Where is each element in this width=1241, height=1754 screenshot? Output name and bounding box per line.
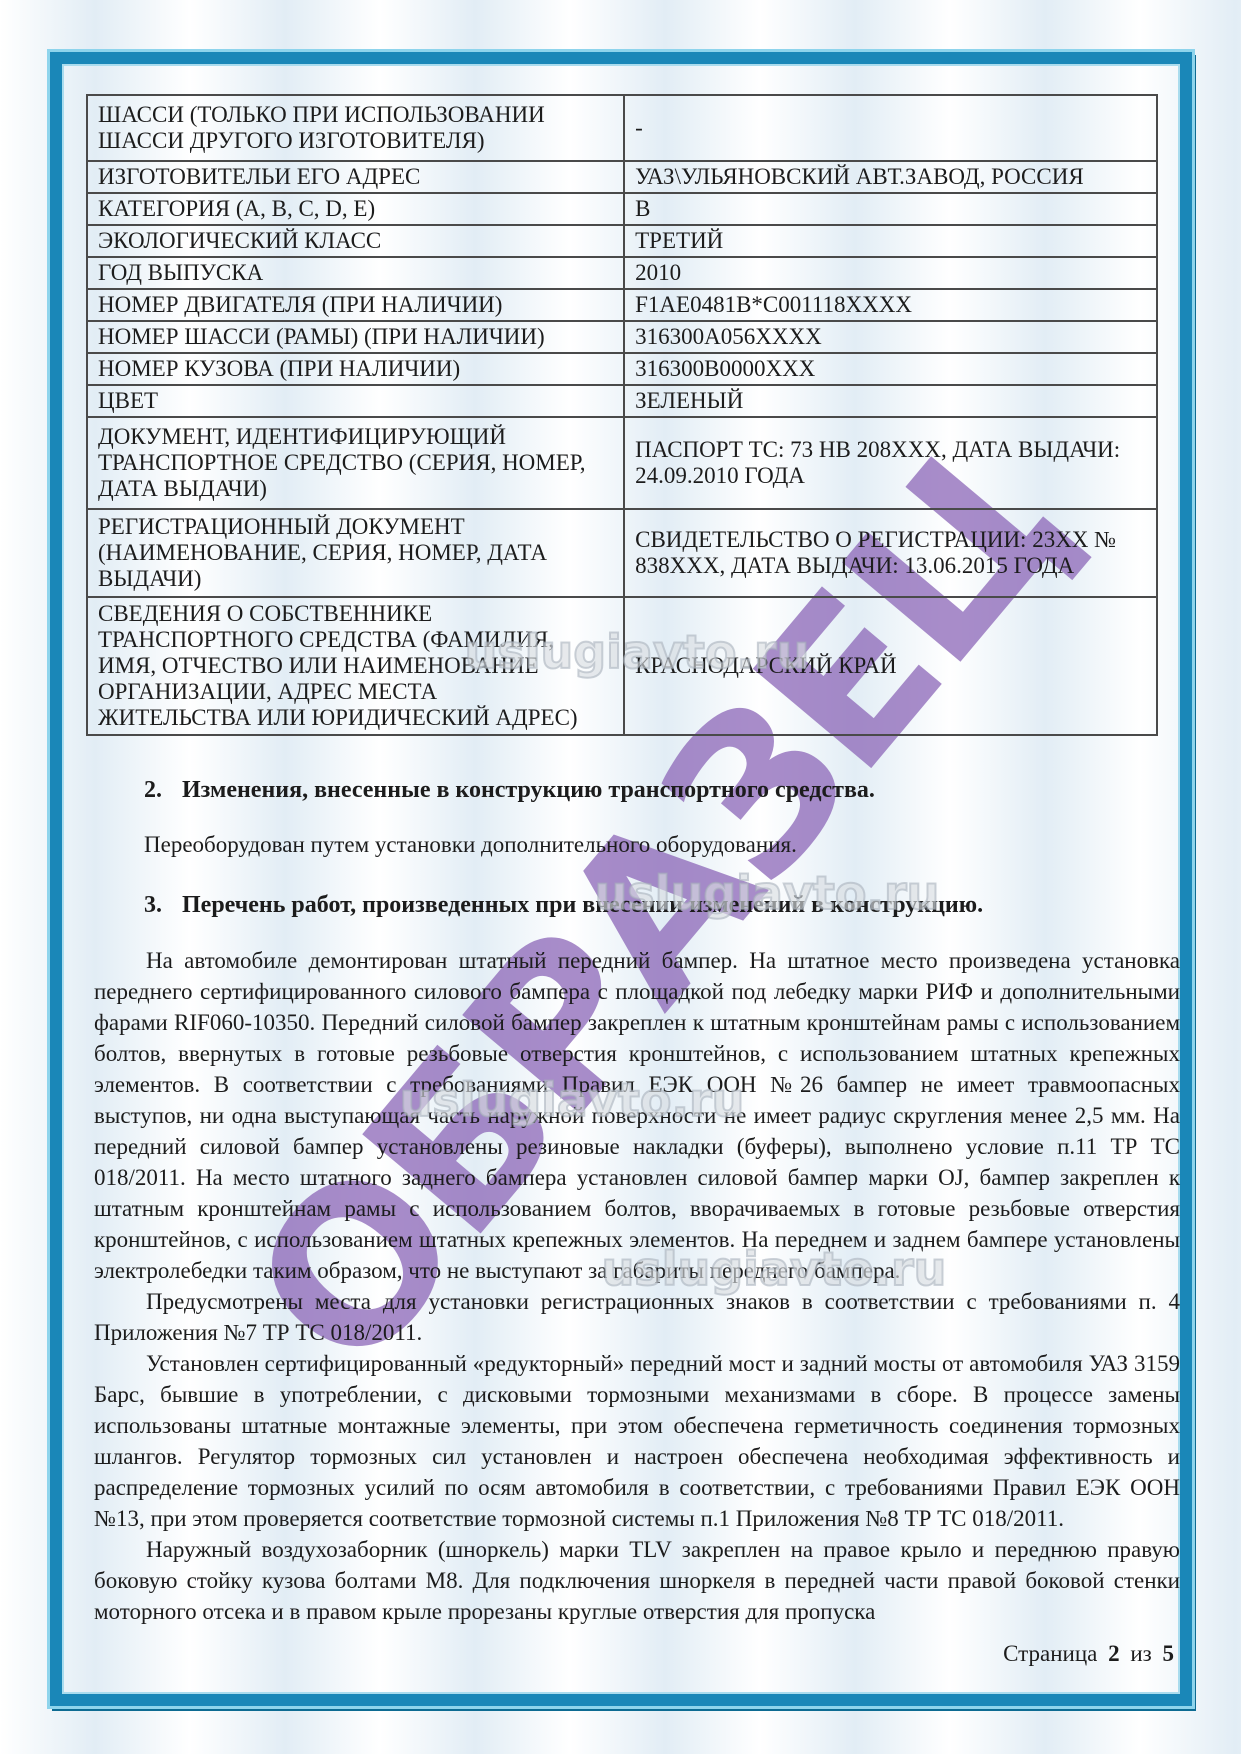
row-label-cell: ЭКОЛОГИЧЕСКИЙ КЛАСС [87, 225, 624, 257]
footer-of-word: из [1130, 1641, 1151, 1666]
section-2-number: 2. [144, 777, 162, 803]
table-row: РЕГИСТРАЦИОННЫЙ ДОКУМЕНТ (НАИМЕНОВАНИЕ, … [87, 509, 1157, 597]
table-row: НОМЕР ШАССИ (РАМЫ) (ПРИ НАЛИЧИИ) 316300A… [87, 321, 1157, 353]
row-value-cell: СВИДЕТЕЛЬСТВО О РЕГИСТРАЦИИ: 23ХХ № 838Х… [624, 509, 1157, 597]
row-value-cell: ЗЕЛЕНЫЙ [624, 385, 1157, 417]
site-watermark: uslugiavto.ru [465, 625, 810, 679]
row-label-cell: ШАССИ (ТОЛЬКО ПРИ ИСПОЛЬЗОВАНИИ ШАССИ ДР… [87, 95, 624, 161]
page-number: 2 [1108, 1641, 1120, 1666]
row-label-cell: ГОД ВЫПУСКА [87, 257, 624, 289]
page-footer: Страница 2 из 5 [86, 1641, 1180, 1667]
page-total: 5 [1163, 1641, 1175, 1666]
table-row: НОМЕР КУЗОВА (ПРИ НАЛИЧИИ) 316300B0000XX… [87, 353, 1157, 385]
table-row: КАТЕГОРИЯ (A, B, C, D, E) В [87, 193, 1157, 225]
table-row: ШАССИ (ТОЛЬКО ПРИ ИСПОЛЬЗОВАНИИ ШАССИ ДР… [87, 95, 1157, 161]
footer-label: Страница [1003, 1641, 1097, 1666]
row-value-cell: УАЗ\УЛЬЯНОВСКИЙ АВТ.ЗАВОД, РОССИЯ [624, 161, 1157, 193]
table-row: ЭКОЛОГИЧЕСКИЙ КЛАСС ТРЕТИЙ [87, 225, 1157, 257]
body-paragraph-4: Наружный воздухозаборник (шноркель) марк… [94, 1534, 1180, 1627]
table-row: ИЗГОТОВИТЕЛЬИ ЕГО АДРЕС УАЗ\УЛЬЯНОВСКИЙ … [87, 161, 1157, 193]
row-value-cell: 316300A056XXXX [624, 321, 1157, 353]
row-value-cell: ТРЕТИЙ [624, 225, 1157, 257]
table-row: ДОКУМЕНТ, ИДЕНТИФИЦИРУЮЩИЙ ТРАНСПОРТНОЕ … [87, 417, 1157, 509]
row-value-cell: - [624, 95, 1157, 161]
site-watermark: uslugiavto.ru [602, 1242, 947, 1296]
row-label-cell: ЦВЕТ [87, 385, 624, 417]
row-value-cell: 316300B0000XXX [624, 353, 1157, 385]
row-label-cell: НОМЕР ДВИГАТЕЛЯ (ПРИ НАЛИЧИИ) [87, 289, 624, 321]
document-page: { "watermark": { "big_text": "ОБРАЗЕЦ", … [0, 0, 1241, 1754]
table-row: ГОД ВЫПУСКА 2010 [87, 257, 1157, 289]
row-label-cell: ДОКУМЕНТ, ИДЕНТИФИЦИРУЮЩИЙ ТРАНСПОРТНОЕ … [87, 417, 624, 509]
row-value-cell: 2010 [624, 257, 1157, 289]
section-3-number: 3. [144, 892, 162, 918]
row-label-cell: РЕГИСТРАЦИОННЫЙ ДОКУМЕНТ (НАИМЕНОВАНИЕ, … [87, 509, 624, 597]
table-row: ЦВЕТ ЗЕЛЕНЫЙ [87, 385, 1157, 417]
row-label-cell: НОМЕР КУЗОВА (ПРИ НАЛИЧИИ) [87, 353, 624, 385]
site-watermark: uslugiavto.ru [400, 1073, 745, 1127]
row-value-cell: В [624, 193, 1157, 225]
page-frame: ОБРАЗЕЦ uslugiavto.ru uslugiavto.ru uslu… [50, 52, 1192, 1706]
section-2-body: Переоборудован путем установки дополните… [144, 831, 1180, 859]
site-watermark: uslugiavto.ru [595, 866, 940, 920]
body-paragraph-3: Установлен сертифицированный «редукторны… [94, 1348, 1180, 1534]
row-label-cell: КАТЕГОРИЯ (A, B, C, D, E) [87, 193, 624, 225]
section-2-title: Изменения, внесенные в конструкцию транс… [182, 777, 875, 803]
row-value-cell: ПАСПОРТ ТС: 73 НВ 208ХХХ, ДАТА ВЫДАЧИ: 2… [624, 417, 1157, 509]
row-value-cell: F1AE0481B*C001118XXXX [624, 289, 1157, 321]
row-label-cell: ИЗГОТОВИТЕЛЬИ ЕГО АДРЕС [87, 161, 624, 193]
section-2-heading: 2.Изменения, внесенные в конструкцию тра… [144, 776, 1180, 804]
row-label-cell: НОМЕР ШАССИ (РАМЫ) (ПРИ НАЛИЧИИ) [87, 321, 624, 353]
table-row: НОМЕР ДВИГАТЕЛЯ (ПРИ НАЛИЧИИ) F1AE0481B*… [87, 289, 1157, 321]
